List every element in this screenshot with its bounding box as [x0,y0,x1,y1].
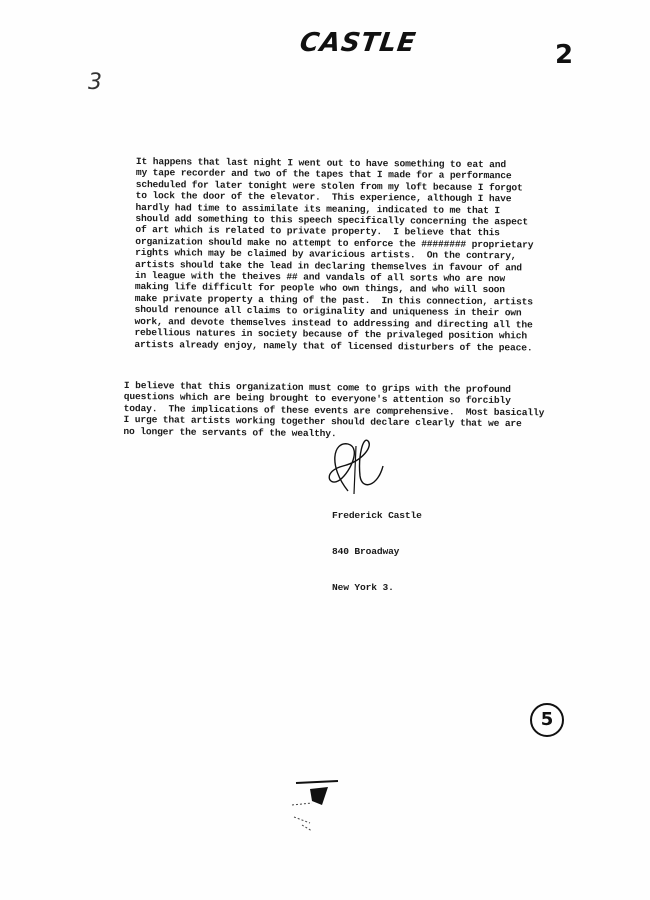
typed-paragraph-1: It happens that last night I went out to… [134,156,534,353]
typed-paragraph-2: I believe that this organization must co… [123,380,544,441]
handwritten-margin-number: 3 [88,70,102,95]
signer-street: 840 Broadway [332,546,422,558]
circled-page-number: 5 [530,703,564,737]
document-page: CASTLE 2 3 It happens that last night I … [0,0,650,900]
stamp-smudge-icon [282,775,352,835]
handwritten-page-number: 2 [555,40,573,70]
signer-city: New York 3. [332,582,422,594]
handwritten-title: CASTLE [298,28,418,58]
signature-block: Frederick Castle 840 Broadway New York 3… [332,486,422,618]
signer-name: Frederick Castle [332,510,422,522]
